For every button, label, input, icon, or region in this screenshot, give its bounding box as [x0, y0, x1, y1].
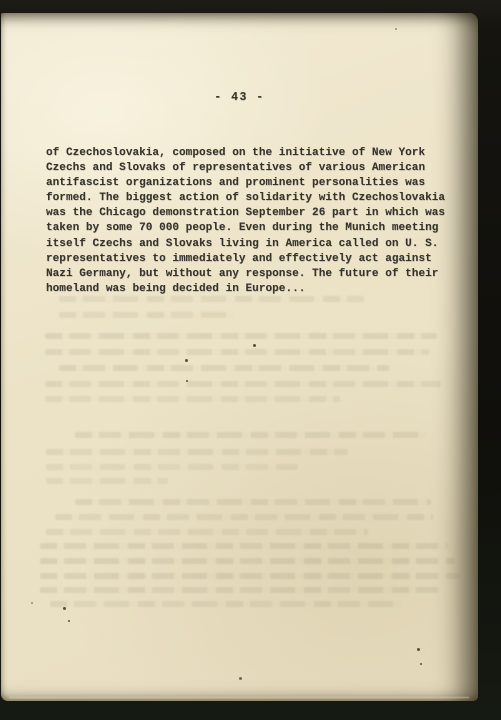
bleedthrough-line	[59, 312, 234, 318]
bleedthrough-line	[40, 573, 460, 579]
paper-speck	[253, 344, 256, 347]
paper-speck	[63, 607, 66, 610]
bleedthrough-line	[59, 365, 389, 371]
page-number: - 43 -	[1, 91, 478, 104]
paper-speck	[185, 359, 188, 362]
document-page: - 43 - of Czechoslovakia, composed on th…	[1, 13, 478, 701]
paper-speck	[420, 663, 422, 665]
body-text-paragraph: of Czechoslovakia, composed on the initi…	[46, 146, 445, 297]
bleedthrough-line	[75, 432, 427, 438]
bleedthrough-line	[45, 333, 437, 339]
paper-speck	[239, 677, 242, 680]
bleedthrough-line	[45, 396, 340, 402]
bleedthrough-line	[45, 349, 429, 355]
bleedthrough-line	[59, 296, 364, 302]
bleedthrough-line	[46, 478, 168, 484]
paper-speck	[68, 620, 70, 622]
bleedthrough-line	[50, 601, 402, 607]
bleedthrough-line	[40, 558, 455, 564]
bleedthrough-line	[46, 529, 368, 535]
bleedthrough-line	[40, 543, 448, 549]
bleedthrough-line	[75, 499, 431, 505]
paper-speck	[417, 648, 420, 651]
paper-speck	[186, 380, 188, 382]
bleedthrough-line	[55, 514, 433, 520]
bleedthrough-line	[46, 464, 298, 470]
page-bottom-crease	[9, 697, 469, 698]
bleedthrough-line	[40, 587, 440, 593]
paper-speck	[395, 28, 397, 30]
bleedthrough-line	[45, 381, 441, 387]
scanned-book-photo: - 43 - of Czechoslovakia, composed on th…	[0, 0, 501, 720]
bleedthrough-line	[46, 449, 348, 455]
paper-speck	[31, 602, 33, 604]
